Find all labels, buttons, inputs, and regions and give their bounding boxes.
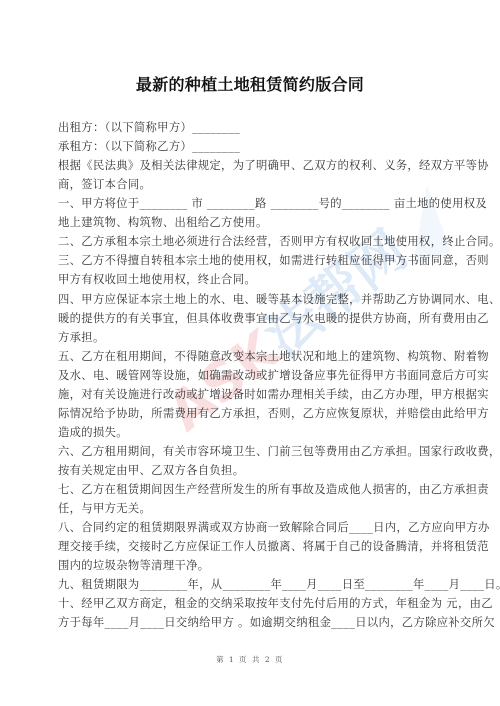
text-line: 八、合同约定的租赁期限界满或双方协商一致解除合同后____日内，乙方应向甲方办 (58, 521, 442, 535)
text-line: 根据《民法典》及相关法律规定，为了明确甲、乙双方的权利、义务，经双方平等协 (58, 159, 442, 173)
text-line: 造成的损失。 (58, 426, 442, 440)
page-number: 第 1 页 共 2 页 (0, 654, 500, 665)
text-line: 施，对有关设施进行改动或扩增设备时如需办理相关手续，由乙方办理，甲方根据实 (58, 388, 442, 402)
text-line: 暖的提供方的有关事宜，但具体收费事宜由乙与水电暖的提供方协商，所有费用由乙 (58, 312, 442, 326)
text-line: 四、甲方应保证本宗土地上的水、电、暖等基本设施完整，并帮助乙方协调同水、电、 (58, 293, 442, 307)
text-line: 出租方：（以下简称甲方）________ (58, 121, 442, 135)
text-line: 十、经甲乙双方商定，租金的交纳采取按年支付先付后用的方式，年租金为 元，由乙 (58, 597, 442, 611)
document-title: 最新的种植土地租赁简约版合同 (0, 72, 500, 95)
text-line: 按有关规定由甲、乙双方各自负担。 (58, 464, 442, 478)
text-line: 方于每年____月____日交纳给甲方 。如逾期交纳租金____日以内，乙方除应… (58, 616, 442, 630)
text-line: 六、乙方租用期间，有关市容环境卫生、门前三包等费用由乙方承担。国家行政收费， (58, 445, 442, 459)
text-line: 围内的垃圾杂物等清理干净。 (58, 559, 442, 573)
text-line: 地上建筑物、构筑物、出租给乙方使用。 (58, 216, 442, 230)
text-line: 承租方：（以下简称乙方）________ (58, 140, 442, 154)
text-line: 一、甲方将位于________ 市 ________路 ________号的__… (58, 197, 442, 211)
text-line: 甲方有权收回土地使用权，终止合同。 (58, 273, 442, 287)
text-line: 七、乙方在租赁期间因生产经营所发生的所有事故及造成他人损害的，由乙方承担责 (58, 483, 442, 497)
text-line: 际情况给予协助，所需费用有乙方承担，否则，乙方应恢复原状，并赔偿由此给甲方 (58, 407, 442, 421)
text-line: 理交接手续，交接时乙方应保证工作人员撤离、将属于自己的设备腾清，并将租赁范 (58, 540, 442, 554)
text-line: 及水、电、暖管网等设施，如确需改动或扩增设备应事先征得甲方书面同意后方可实 (58, 369, 442, 383)
text-line: 五、乙方在租用期间，不得随意改变本宗土地状况和地上的建筑物、构筑物、附着物 (58, 350, 442, 364)
text-line: 商，签订本合同。 (58, 178, 442, 192)
text-line: 二、乙方承租本宗土地必须进行合法经营，否则甲方有权收回土地使用权，终止合同。 (58, 235, 442, 249)
text-line: 三、乙方不得擅自转租本宗土地的使用权，如需进行转租应征得甲方书面同意，否则 (58, 254, 442, 268)
text-line: 任，与甲方无关。 (58, 502, 442, 516)
text-line: 方承担。 (58, 331, 442, 345)
text-line: 九、租赁期限为________年，从________年____月____日至__… (58, 578, 442, 592)
document-page: ASK法帮网 最新的种植土地租赁简约版合同 出租方：（以下简称甲方）______… (0, 0, 500, 706)
